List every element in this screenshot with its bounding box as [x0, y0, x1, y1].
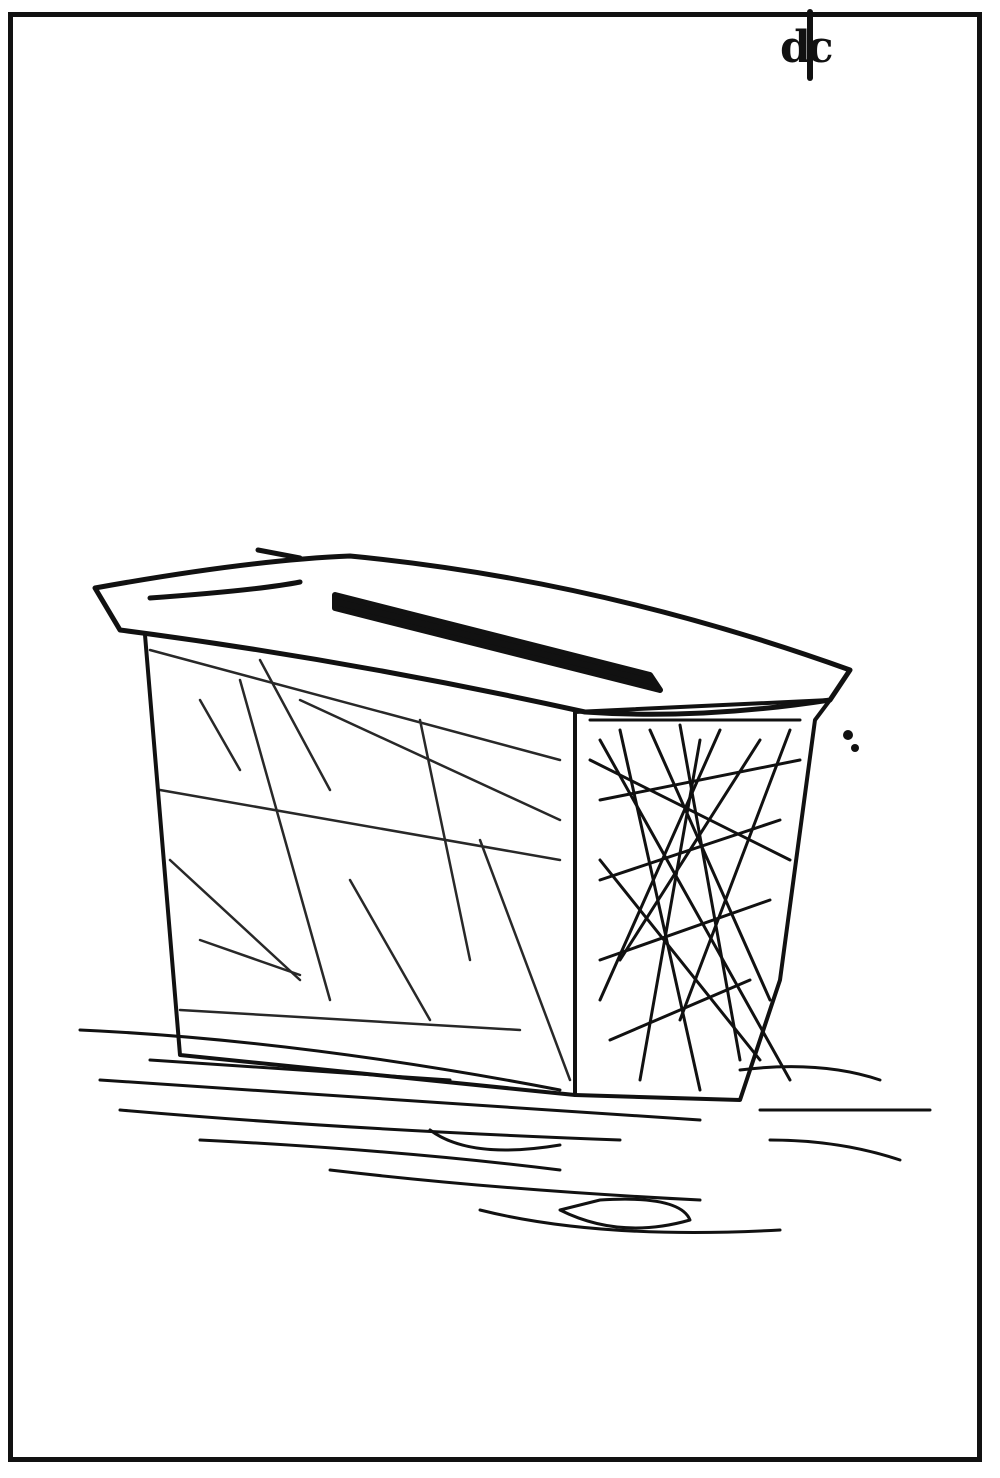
- slot: [335, 595, 660, 690]
- floor-shadow: [80, 1030, 930, 1233]
- ballot-box-sketch: [0, 0, 1000, 1478]
